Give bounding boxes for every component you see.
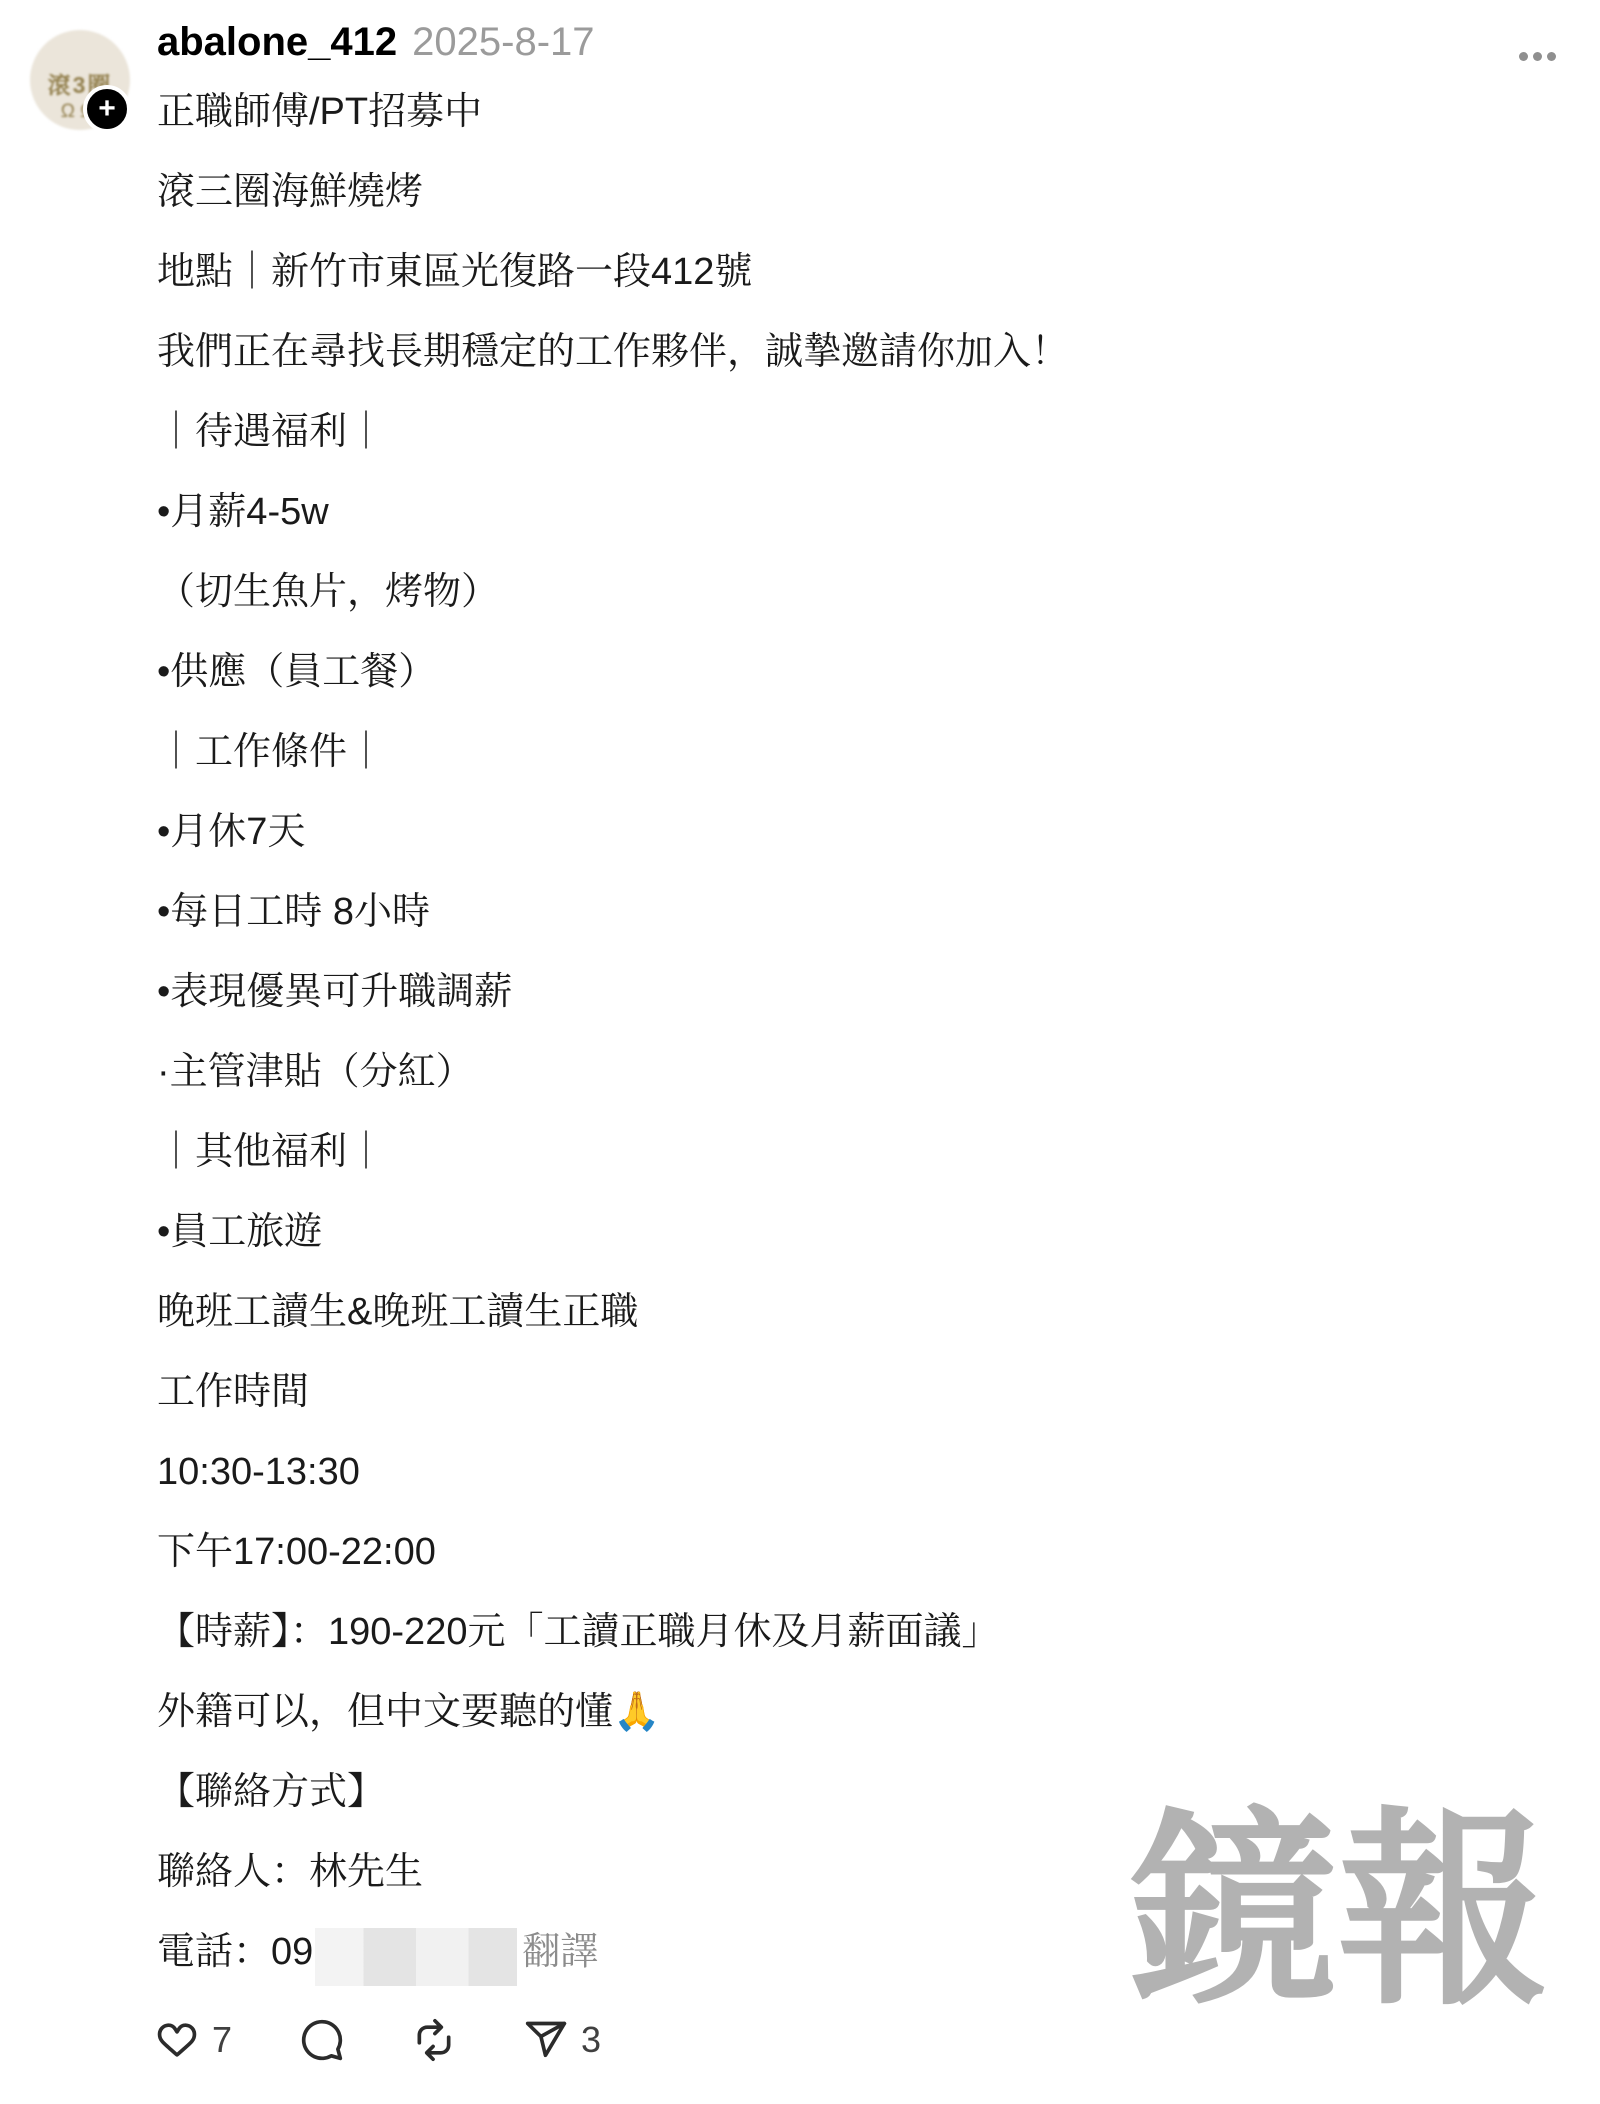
post-body-line: 10:30-13:30 (157, 1432, 1069, 1512)
phone-redacted-blur (315, 1928, 517, 1986)
repost-icon (412, 2018, 456, 2062)
like-count: 7 (212, 2019, 232, 2061)
post-body-line: 工作時間 (157, 1352, 1069, 1432)
post-body-line: ｜其他福利｜ (157, 1112, 1069, 1192)
post-body-line: 外籍可以，但中文要聽的懂🙏 (157, 1672, 1069, 1752)
repost-button[interactable] (412, 2018, 456, 2062)
mirror-media-watermark: 鏡報 (1128, 1796, 1548, 2027)
follow-plus-button[interactable]: + (83, 85, 131, 133)
post-body-line: ·主管津貼（分紅） (157, 1032, 1069, 1112)
post-body-line: ｜待遇福利｜ (157, 392, 1069, 472)
send-plane-icon (524, 2018, 568, 2062)
post-body-line: •月休7天 (157, 792, 1069, 872)
comment-button[interactable] (300, 2018, 344, 2062)
username[interactable]: abalone_412 (157, 20, 397, 64)
post-body-lines: 正職師傅/PT招募中滾三圈海鮮燒烤地點｜新竹市東區光復路一段412號我們正在尋找… (157, 72, 1069, 1912)
post-header: abalone_4122025-8-17 (157, 20, 595, 65)
dot (1519, 52, 1528, 61)
post-page: 滾3圈 ΩΩ + abalone_4122025-8-17 正職師傅/PT招募中… (0, 0, 1600, 2104)
translate-link[interactable]: 翻譯 (522, 1912, 598, 1992)
post-body-line: 【時薪】：190-220元「工讀正職月休及月薪面議」 (157, 1592, 1069, 1672)
phone-prefix: 電話：09 (157, 1912, 313, 1992)
phone-line: 電話：09 翻譯 (157, 1912, 1069, 1992)
heart-icon (155, 2018, 199, 2062)
post-body-line: •每日工時 8小時 (157, 872, 1069, 952)
avatar[interactable]: 滾3圈 ΩΩ + (30, 30, 130, 130)
dot (1533, 52, 1542, 61)
post-body-line: 地點｜新竹市東區光復路一段412號 (157, 232, 1069, 312)
post-body-line: 我們正在尋找長期穩定的工作夥伴，誠摯邀請你加入！ (157, 312, 1069, 392)
dot (1547, 52, 1556, 61)
action-bar: 7 3 (155, 2018, 601, 2062)
more-options-icon[interactable] (1513, 46, 1562, 67)
post-body-line: •員工旅遊 (157, 1192, 1069, 1272)
like-button[interactable]: 7 (155, 2018, 232, 2062)
post-body-line: 【聯絡方式】 (157, 1752, 1069, 1832)
post-body-line: •表現優異可升職調薪 (157, 952, 1069, 1032)
share-button[interactable]: 3 (524, 2018, 601, 2062)
share-count: 3 (581, 2019, 601, 2061)
post-body-line: 滾三圈海鮮燒烤 (157, 152, 1069, 232)
post-body-line: （切生魚片，烤物） (157, 552, 1069, 632)
post-body-line: •供應（員工餐） (157, 632, 1069, 712)
post-body: 正職師傅/PT招募中滾三圈海鮮燒烤地點｜新竹市東區光復路一段412號我們正在尋找… (157, 72, 1069, 1992)
comment-bubble-icon (300, 2018, 344, 2062)
post-body-line: ｜工作條件｜ (157, 712, 1069, 792)
post-body-line: 聯絡人：林先生 (157, 1832, 1069, 1912)
post-body-line: 下午17:00-22:00 (157, 1512, 1069, 1592)
post-body-line: 正職師傅/PT招募中 (157, 72, 1069, 152)
post-date: 2025-8-17 (412, 20, 594, 64)
post-body-line: •月薪4-5w (157, 472, 1069, 552)
post-body-line: 晚班工讀生&晚班工讀生正職 (157, 1272, 1069, 1352)
